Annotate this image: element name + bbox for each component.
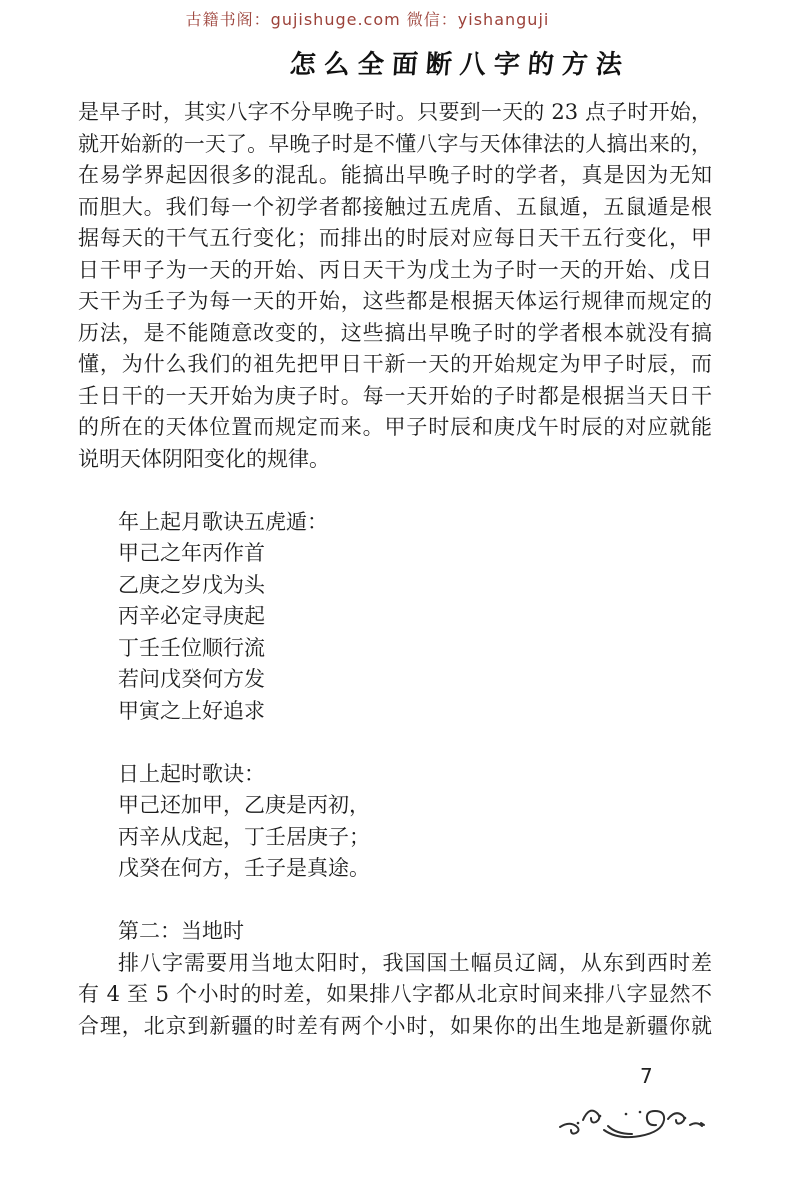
poem-line: 乙庚之岁戊为头: [118, 570, 712, 602]
poem-line: 甲己之年丙作首: [118, 538, 712, 570]
poem-line: 丙辛必定寻庚起: [118, 601, 712, 633]
body-paragraph: 是早子时，其实八字不分早晚子时。只要到一天的 23 点子时开始，就开始新的一天了…: [78, 97, 712, 475]
poem-lines: 甲己之年丙作首乙庚之岁戊为头丙辛必定寻庚起丁壬壬位顺行流若问戊癸何方发甲寅之上好…: [118, 538, 712, 727]
body-line: 有 4 至 5 个小时的时差，如果排八字都从北京时间来排八字显然不: [78, 979, 712, 1011]
section-local-time: 第二：当地时 排八字需要用当地太阳时，我国国土幅员辽阔，从东到西时差有 4 至 …: [78, 916, 712, 1042]
flourish-ornament-icon: [556, 1096, 708, 1144]
body-line: 历法，是不能随意改变的，这些搞出早晚子时的学者根本就没有搞: [78, 318, 712, 350]
section-paragraph: 排八字需要用当地太阳时，我国国土幅员辽阔，从东到西时差有 4 至 5 个小时的时…: [78, 948, 712, 1043]
body-line: 说明天体阴阳变化的规律。: [78, 444, 712, 476]
body-line: 懂，为什么我们的祖先把甲日干新一天的开始规定为甲子时辰，而: [78, 349, 712, 381]
watermark-header: 古籍书阁：gujishuge.com 微信：yishanguji: [0, 7, 785, 30]
poem-line: 丙辛从戊起，丁壬居庚子；: [118, 822, 712, 854]
body-line: 合理，北京到新疆的时差有两个小时，如果你的出生地是新疆你就: [78, 1011, 712, 1043]
body-line: 是早子时，其实八字不分早晚子时。只要到一天的 23 点子时开始，: [78, 97, 712, 129]
body-line: 日干甲子为一天的开始、丙日天干为戊土为子时一天的开始、戊日: [78, 255, 712, 287]
poem-title: 年上起月歌诀五虎遁：: [118, 507, 712, 539]
body-line: 的所在的天体位置而规定而来。甲子时辰和庚戊午时辰的对应就能: [78, 412, 712, 444]
body-line: 壬日干的一天开始为庚子时。每一天开始的子时都是根据当天日干: [78, 381, 712, 413]
body-line: 就开始新的一天了。早晚子时是不懂八字与天体律法的人搞出来的，: [78, 129, 712, 161]
page-title: 怎么全面断八字的方法: [0, 44, 785, 81]
body-line: 排八字需要用当地太阳时，我国国土幅员辽阔，从东到西时差: [78, 948, 712, 980]
text-block: 是早子时，其实八字不分早晚子时。只要到一天的 23 点子时开始，就开始新的一天了…: [78, 97, 712, 1042]
scanned-book-page: 古籍书阁：gujishuge.com 微信：yishanguji 怎么全面断八字…: [0, 0, 785, 1181]
poem-line: 甲己还加甲，乙庚是丙初，: [118, 790, 712, 822]
poem-line: 戊癸在何方，壬子是真途。: [118, 853, 712, 885]
poem-line: 若问戊癸何方发: [118, 664, 712, 696]
body-line: 据每天的干气五行变化；而排出的时辰对应每日天干五行变化，甲: [78, 223, 712, 255]
body-line: 天干为壬子为每一天的开始，这些都是根据天体运行规律而规定的: [78, 286, 712, 318]
body-line: 而胆大。我们每一个初学者都接触过五虎盾、五鼠遁，五鼠遁是根: [78, 192, 712, 224]
section-heading: 第二：当地时: [78, 916, 712, 948]
poem-title: 日上起时歌诀：: [118, 759, 712, 791]
poem-line: 甲寅之上好追求: [118, 696, 712, 728]
poem-wuhudun: 年上起月歌诀五虎遁： 甲己之年丙作首乙庚之岁戊为头丙辛必定寻庚起丁壬壬位顺行流若…: [78, 507, 712, 728]
poem-line: 丁壬壬位顺行流: [118, 633, 712, 665]
body-line: 在易学界起因很多的混乱。能搞出早晚子时的学者，真是因为无知: [78, 160, 712, 192]
poem-qishi: 日上起时歌诀： 甲己还加甲，乙庚是丙初，丙辛从戊起，丁壬居庚子；戊癸在何方，壬子…: [78, 759, 712, 885]
poem-lines: 甲己还加甲，乙庚是丙初，丙辛从戊起，丁壬居庚子；戊癸在何方，壬子是真途。: [118, 790, 712, 885]
page-number: 7: [640, 1064, 653, 1088]
